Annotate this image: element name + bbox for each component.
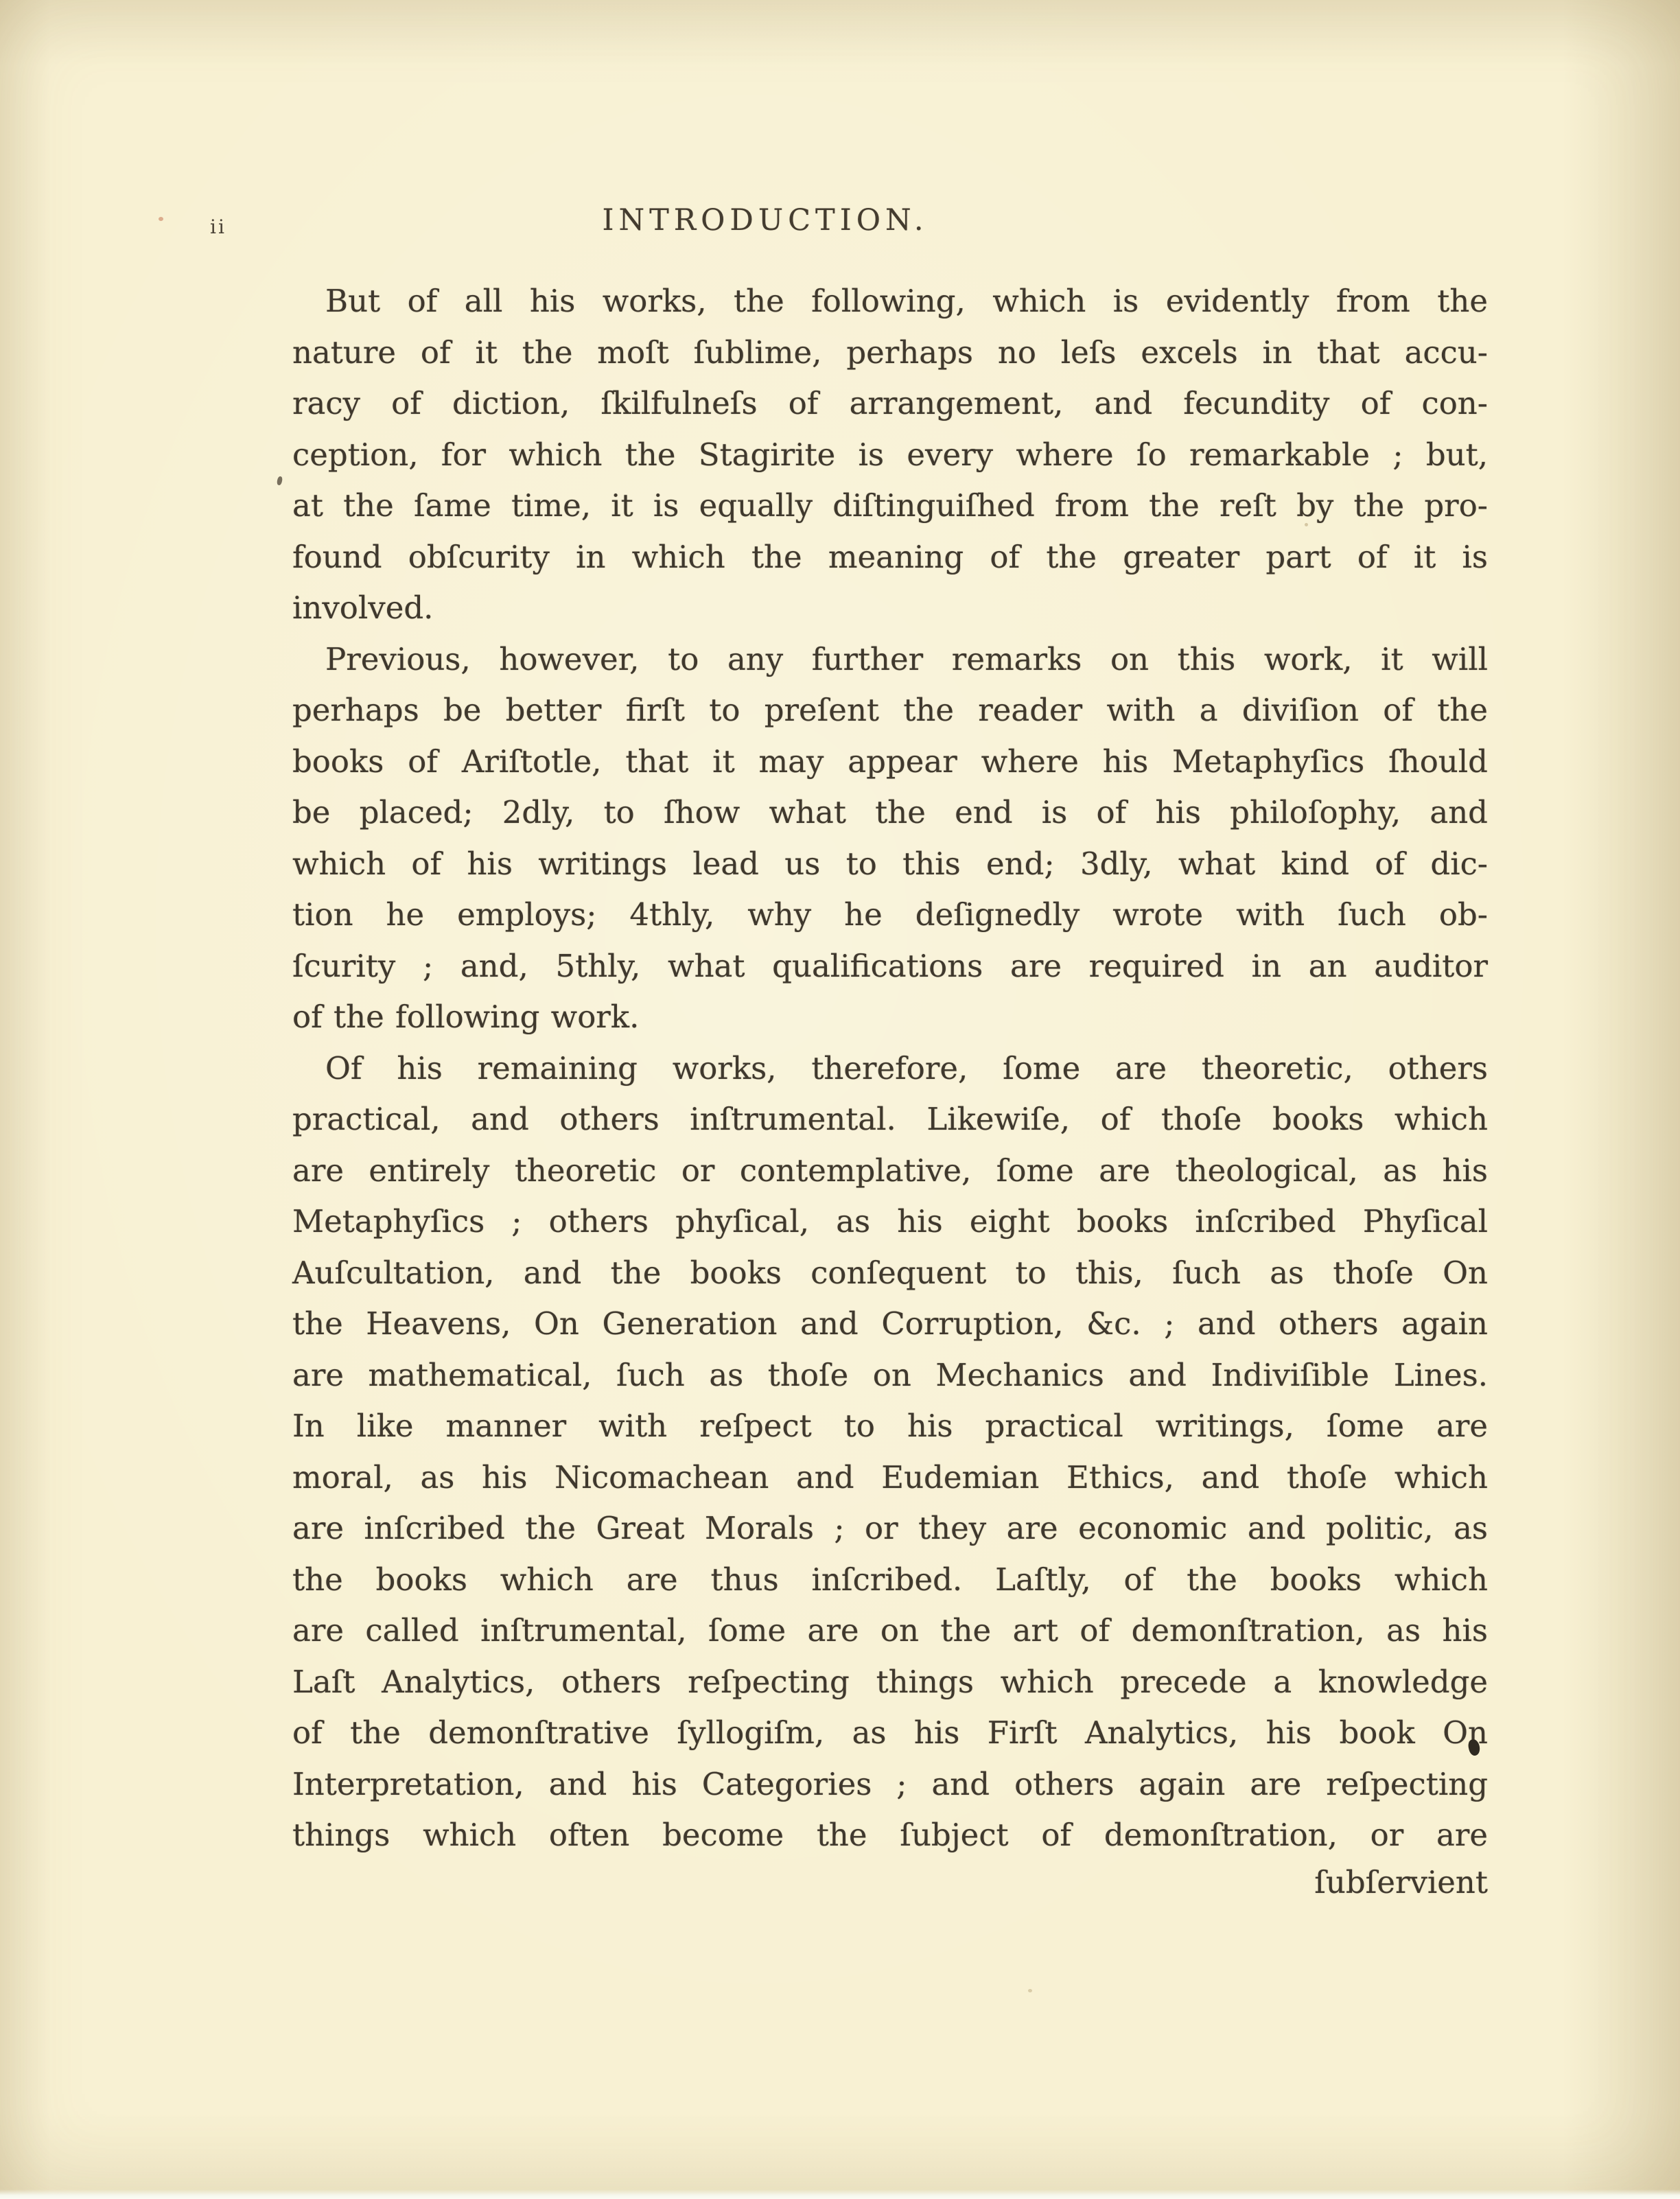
text-line: tion he employs; 4thly, why he deſignedl…: [292, 889, 1488, 941]
margin-ink-speck: [277, 476, 283, 485]
catchword: ſubſervient: [292, 1857, 1488, 1909]
page-number: ii: [210, 216, 226, 238]
text-line: are called inſtrumental, ſome are on the…: [292, 1605, 1488, 1657]
text-line: But of all his works, the following, whi…: [292, 276, 1488, 327]
text-line: Of his remaining works, therefore, ſome …: [292, 1043, 1488, 1095]
text-line: ſcurity ; and, 5thly, what qualification…: [292, 941, 1488, 992]
text-line: nature of it the moſt ſublime, perhaps n…: [292, 327, 1488, 379]
text-line: found obſcurity in which the meaning of …: [292, 532, 1488, 583]
paragraph: Previous, however, to any further remark…: [292, 634, 1488, 1043]
paper-speck: [159, 217, 163, 221]
text-line: of the following work.: [292, 992, 1488, 1043]
text-line: involved.: [292, 583, 1488, 634]
text-line: at the ſame time, it is equally diſtingu…: [292, 480, 1488, 532]
text-line: Interpretation, and his Categories ; and…: [292, 1759, 1488, 1811]
page-bottom-edge: [0, 2189, 1680, 2199]
text-line: of the demonſtrative ſyllogiſm, as his F…: [292, 1708, 1488, 1759]
text-line: the Heavens, On Generation and Corruptio…: [292, 1299, 1488, 1350]
text-line: are mathematical, ſuch as thoſe on Mecha…: [292, 1350, 1488, 1401]
text-line: racy of diction, ſkilfulneſs of arrangem…: [292, 378, 1488, 430]
paper-speck: [1305, 523, 1308, 526]
text-line: perhaps be better firſt to preſent the r…: [292, 685, 1488, 736]
paragraph: Of his remaining works, therefore, ſome …: [292, 1043, 1488, 1861]
text-line: practical, and others inſtrumental. Like…: [292, 1094, 1488, 1145]
text-line: moral, as his Nicomachean and Eudemian E…: [292, 1452, 1488, 1504]
text-line: Previous, however, to any further remark…: [292, 634, 1488, 686]
text-line: Laſt Analytics, others reſpecting things…: [292, 1657, 1488, 1708]
paper-speck: [1028, 1989, 1032, 1992]
text-line: which of his writings lead us to this en…: [292, 839, 1488, 890]
text-line: Metaphyſics ; others phyſical, as his ei…: [292, 1196, 1488, 1248]
text-line: be placed; 2dly, to ſhow what the end is…: [292, 787, 1488, 839]
text-line: are inſcribed the Great Morals ; or they…: [292, 1503, 1488, 1555]
text-line: the books which are thus inſcribed. Laſt…: [292, 1555, 1488, 1606]
text-line: things which often become the ſubject of…: [292, 1810, 1488, 1861]
text-column: But of all his works, the following, whi…: [292, 276, 1488, 1861]
text-line: ception, for which the Stagirite is ever…: [292, 430, 1488, 481]
paragraph: But of all his works, the following, whi…: [292, 276, 1488, 634]
book-page: ii INTRODUCTION. But of all his works, t…: [0, 0, 1680, 2199]
text-line: In like manner with reſpect to his pract…: [292, 1401, 1488, 1452]
text-line: books of Ariſtotle, that it may appear w…: [292, 736, 1488, 788]
text-line: are entirely theoretic or contemplative,…: [292, 1145, 1488, 1197]
page-heading: INTRODUCTION.: [491, 202, 1040, 238]
text-line: Auſcultation, and the books conſequent t…: [292, 1248, 1488, 1299]
